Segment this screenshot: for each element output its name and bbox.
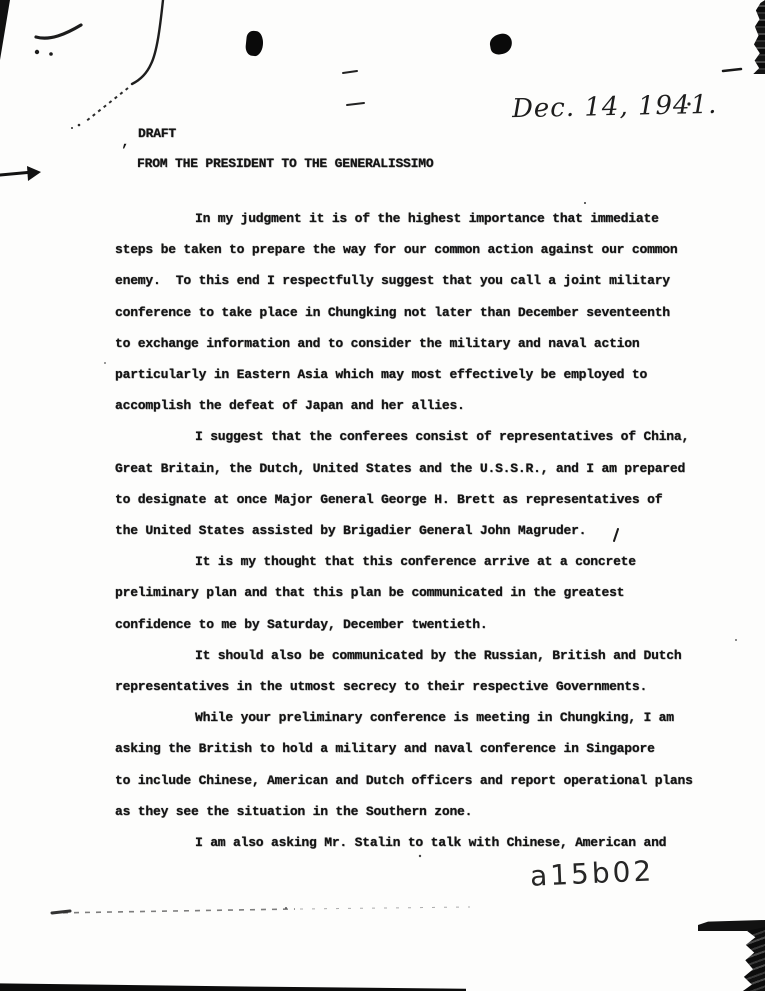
typed-line: I suggest that the conferees consist of … — [115, 421, 693, 452]
ink-speck-icon — [104, 362, 106, 364]
typed-line: conference to take place in Chungking no… — [115, 297, 693, 328]
scan-edge-wedge-icon — [0, 0, 10, 60]
typed-line: It is my thought that this conference ar… — [115, 546, 693, 577]
faint-dotted-line-icon — [52, 909, 295, 913]
typed-line: to designate at once Major General Georg… — [115, 484, 693, 515]
typed-line: the United States assisted by Brigadier … — [115, 515, 693, 546]
speck-dash-icon — [347, 103, 364, 105]
faint-dotted-line-icon — [300, 907, 470, 909]
scanned-document-page: , Dec. 14, 1941. DRAFT FROM THE PRESIDEN… — [0, 0, 765, 991]
ink-speck-icon — [285, 907, 287, 909]
hole-punch-icon — [245, 30, 265, 57]
scan-edge-blob — [741, 927, 765, 991]
typed-line: to exchange information and to consider … — [115, 328, 693, 359]
typed-line: accomplish the defeat of Japan and her a… — [115, 390, 693, 421]
hole-punch-icon — [488, 32, 513, 56]
document-heading: FROM THE PRESIDENT TO THE GENERALISSIMO — [137, 156, 433, 171]
scan-edge-bar — [0, 983, 466, 991]
handwritten-date: Dec. 14, 1941. — [512, 90, 718, 124]
typed-line: I am also asking Mr. Stalin to talk with… — [115, 827, 693, 858]
typed-line: Great Britain, the Dutch, United States … — [115, 453, 693, 484]
draft-label: DRAFT — [138, 126, 176, 141]
typed-line: asking the British to hold a military an… — [115, 733, 693, 764]
typed-line: preliminary plan and that this plan be c… — [115, 577, 693, 608]
scan-edge-strip — [752, 0, 765, 74]
typed-line: particularly in Eastern Asia which may m… — [115, 359, 693, 390]
typed-line: steps be taken to prepare the way for ou… — [115, 234, 693, 265]
margin-dash-icon — [0, 172, 33, 175]
speck-dash-icon — [723, 69, 741, 71]
ink-dot-icon — [78, 124, 81, 127]
typed-line: In my judgment it is of the highest impo… — [115, 203, 693, 234]
ink-dot-icon — [49, 52, 53, 56]
typed-line: While your preliminary conference is mee… — [115, 702, 693, 733]
ink-speck-icon — [735, 639, 737, 641]
stray-comma-mark: , — [121, 134, 130, 151]
speck-dash-icon — [343, 71, 357, 73]
typed-line: representatives in the utmost secrecy to… — [115, 671, 693, 702]
margin-arrow-icon — [27, 166, 41, 181]
typed-line: It should also be communicated by the Ru… — [115, 640, 693, 671]
speck-dash-icon — [52, 911, 70, 913]
crease-line-icon — [132, 0, 163, 84]
ink-dot-icon — [35, 50, 39, 54]
typed-line: confidence to me by Saturday, December t… — [115, 609, 693, 640]
pen-stroke-icon — [36, 25, 81, 38]
handwritten-archive-code: a15b02 — [529, 854, 655, 892]
crease-line-dotted-icon — [85, 88, 128, 122]
typed-line: enemy. To this end I respectfully sugges… — [115, 265, 693, 296]
ink-dot-icon — [71, 127, 73, 129]
typed-line: as they see the situation in the Souther… — [115, 796, 693, 827]
document-body: In my judgment it is of the highest impo… — [115, 203, 693, 858]
typed-line: to include Chinese, American and Dutch o… — [115, 765, 693, 796]
